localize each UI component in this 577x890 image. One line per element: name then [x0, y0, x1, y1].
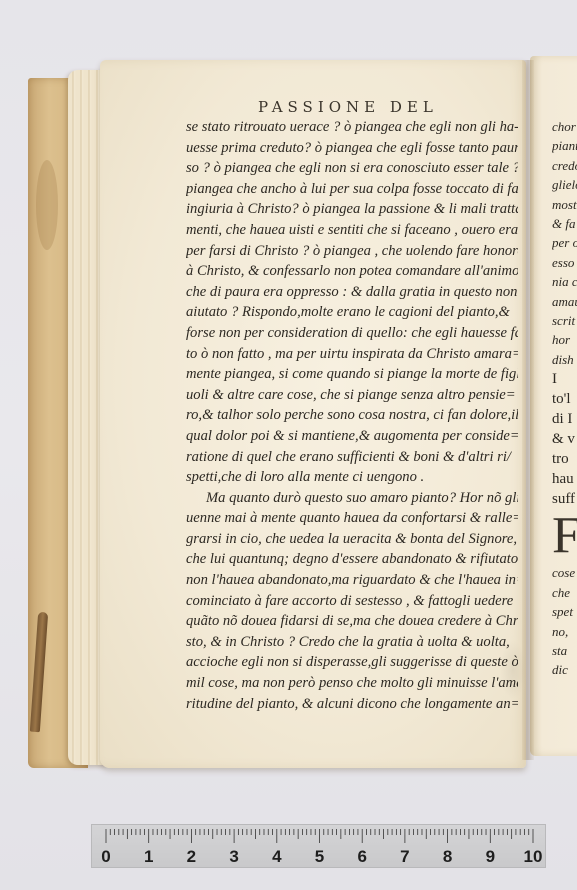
- text-line: che lui quantunq; degno d'essere abandon…: [186, 549, 518, 570]
- text-line-fragment: credo: [552, 156, 577, 175]
- cover-stain: [36, 160, 58, 250]
- text-line: per farsi di Christo ? ò piangea , che u…: [186, 241, 518, 262]
- text-line: grarsi in cio, che uedea la ueracita & b…: [186, 529, 518, 550]
- text-line-fragment: nia c: [552, 272, 577, 291]
- text-line-fragment: cose: [552, 563, 577, 582]
- text-line: to ò non fatto , ma per uirtu inspirata …: [186, 344, 518, 365]
- text-line: ratione di quel che erano sufficienti & …: [186, 447, 518, 468]
- ruler-ticks: [92, 825, 547, 849]
- text-line-fragment: & fa: [552, 214, 577, 233]
- text-line: forse non per consideration di quello: c…: [186, 323, 518, 344]
- text-line: menti, che hauea uisti e sentiti che si …: [186, 220, 518, 241]
- text-line: piangea che ancho à lui per sua colpa fo…: [186, 179, 518, 200]
- text-line-fragment: no,: [552, 622, 577, 641]
- ruler-label: 10: [524, 847, 543, 867]
- ruler-label: 1: [144, 847, 153, 867]
- text-line-fragment: che: [552, 583, 577, 602]
- text-line: quãto nõ douea fidarsi di se,ma che doue…: [186, 611, 518, 632]
- text-line: uesse prima creduto? ò piangea che egli …: [186, 138, 518, 159]
- ruler-label: 7: [400, 847, 409, 867]
- text-line: se stato ritrouato uerace ? ò piangea ch…: [186, 117, 518, 138]
- ruler-label: 8: [443, 847, 452, 867]
- ruler-label: 3: [229, 847, 238, 867]
- text-line-fragment: hau: [552, 469, 577, 489]
- left-page-text: se stato ritrouato uerace ? ò piangea ch…: [186, 117, 518, 714]
- text-line: so ? ò piangea che egli non si era conos…: [186, 158, 518, 179]
- text-line: spetti,che di loro alla mente ci uengono…: [186, 467, 518, 488]
- text-line: ingiuria à Christo? ò piangea la passion…: [186, 199, 518, 220]
- ruler-label: 2: [187, 847, 196, 867]
- text-line: uenne mai à mente quanto hauea da confor…: [186, 508, 518, 529]
- text-line: Ma quanto durò questo suo amaro pianto? …: [186, 488, 518, 509]
- text-line-fragment: scrit: [552, 311, 577, 330]
- text-line-fragment: chor: [552, 117, 577, 136]
- text-line-fragment: piant: [552, 136, 577, 155]
- text-line-fragment: spet: [552, 602, 577, 621]
- ruler-label: 6: [357, 847, 366, 867]
- text-line: accioche egli non si disperasse,gli sugg…: [186, 652, 518, 673]
- ruler-labels: 012345678910: [92, 847, 545, 867]
- text-line: cominciato à fare accorto di sestesso , …: [186, 591, 518, 612]
- text-line: non l'hauea abandonato,ma riguardato & c…: [186, 570, 518, 591]
- measurement-ruler: 012345678910: [91, 824, 546, 868]
- text-line-fragment: suff: [552, 489, 577, 509]
- text-line-fragment: sta: [552, 641, 577, 660]
- text-line: sto, & in Christo ? Credo che la gratia …: [186, 632, 518, 653]
- right-page-text-fragment: chorpiantcredoglielomostr& faper oesso c…: [552, 117, 577, 680]
- text-line-fragment: & v: [552, 429, 577, 449]
- text-line: che di paura era oppresso : & dalla grat…: [186, 282, 518, 303]
- text-line-fragment: to'l: [552, 389, 577, 409]
- text-line: mente piangea, si come quando si piange …: [186, 364, 518, 385]
- text-line: aiutato ? Rispondo,molte erano le cagion…: [186, 302, 518, 323]
- text-line-fragment: glielo: [552, 175, 577, 194]
- ruler-label: 4: [272, 847, 281, 867]
- text-line: ritudine del pianto, & alcuni dicono che…: [186, 694, 518, 715]
- text-line-fragment: F: [552, 509, 577, 563]
- photo-scene: PASSIONE DEL se stato ritrouato uerace ?…: [0, 0, 577, 890]
- text-line-fragment: mostr: [552, 195, 577, 214]
- text-line: uoli & altre care cose, che si piange se…: [186, 385, 518, 406]
- ruler-label: 0: [101, 847, 110, 867]
- ruler-label: 9: [486, 847, 495, 867]
- text-line: à Christo, & confessarlo non potea coman…: [186, 261, 518, 282]
- text-line-fragment: tro: [552, 449, 577, 469]
- text-line-fragment: dic: [552, 660, 577, 679]
- text-line-fragment: amau: [552, 292, 577, 311]
- text-line-fragment: di I: [552, 409, 577, 429]
- text-line-fragment: esso c: [552, 253, 577, 272]
- text-line-fragment: hor: [552, 330, 577, 349]
- ruler-label: 5: [315, 847, 324, 867]
- text-line: qual dolor poi & si mantiene,& augomenta…: [186, 426, 518, 447]
- text-line-fragment: I: [552, 369, 577, 389]
- running-head: PASSIONE DEL: [258, 98, 438, 116]
- text-line-fragment: per o: [552, 233, 577, 252]
- text-line-fragment: dish: [552, 350, 577, 369]
- text-line: mil cose, ma non però penso che molto gl…: [186, 673, 518, 694]
- text-line: ro,& talhor solo perche sono cosa nostra…: [186, 405, 518, 426]
